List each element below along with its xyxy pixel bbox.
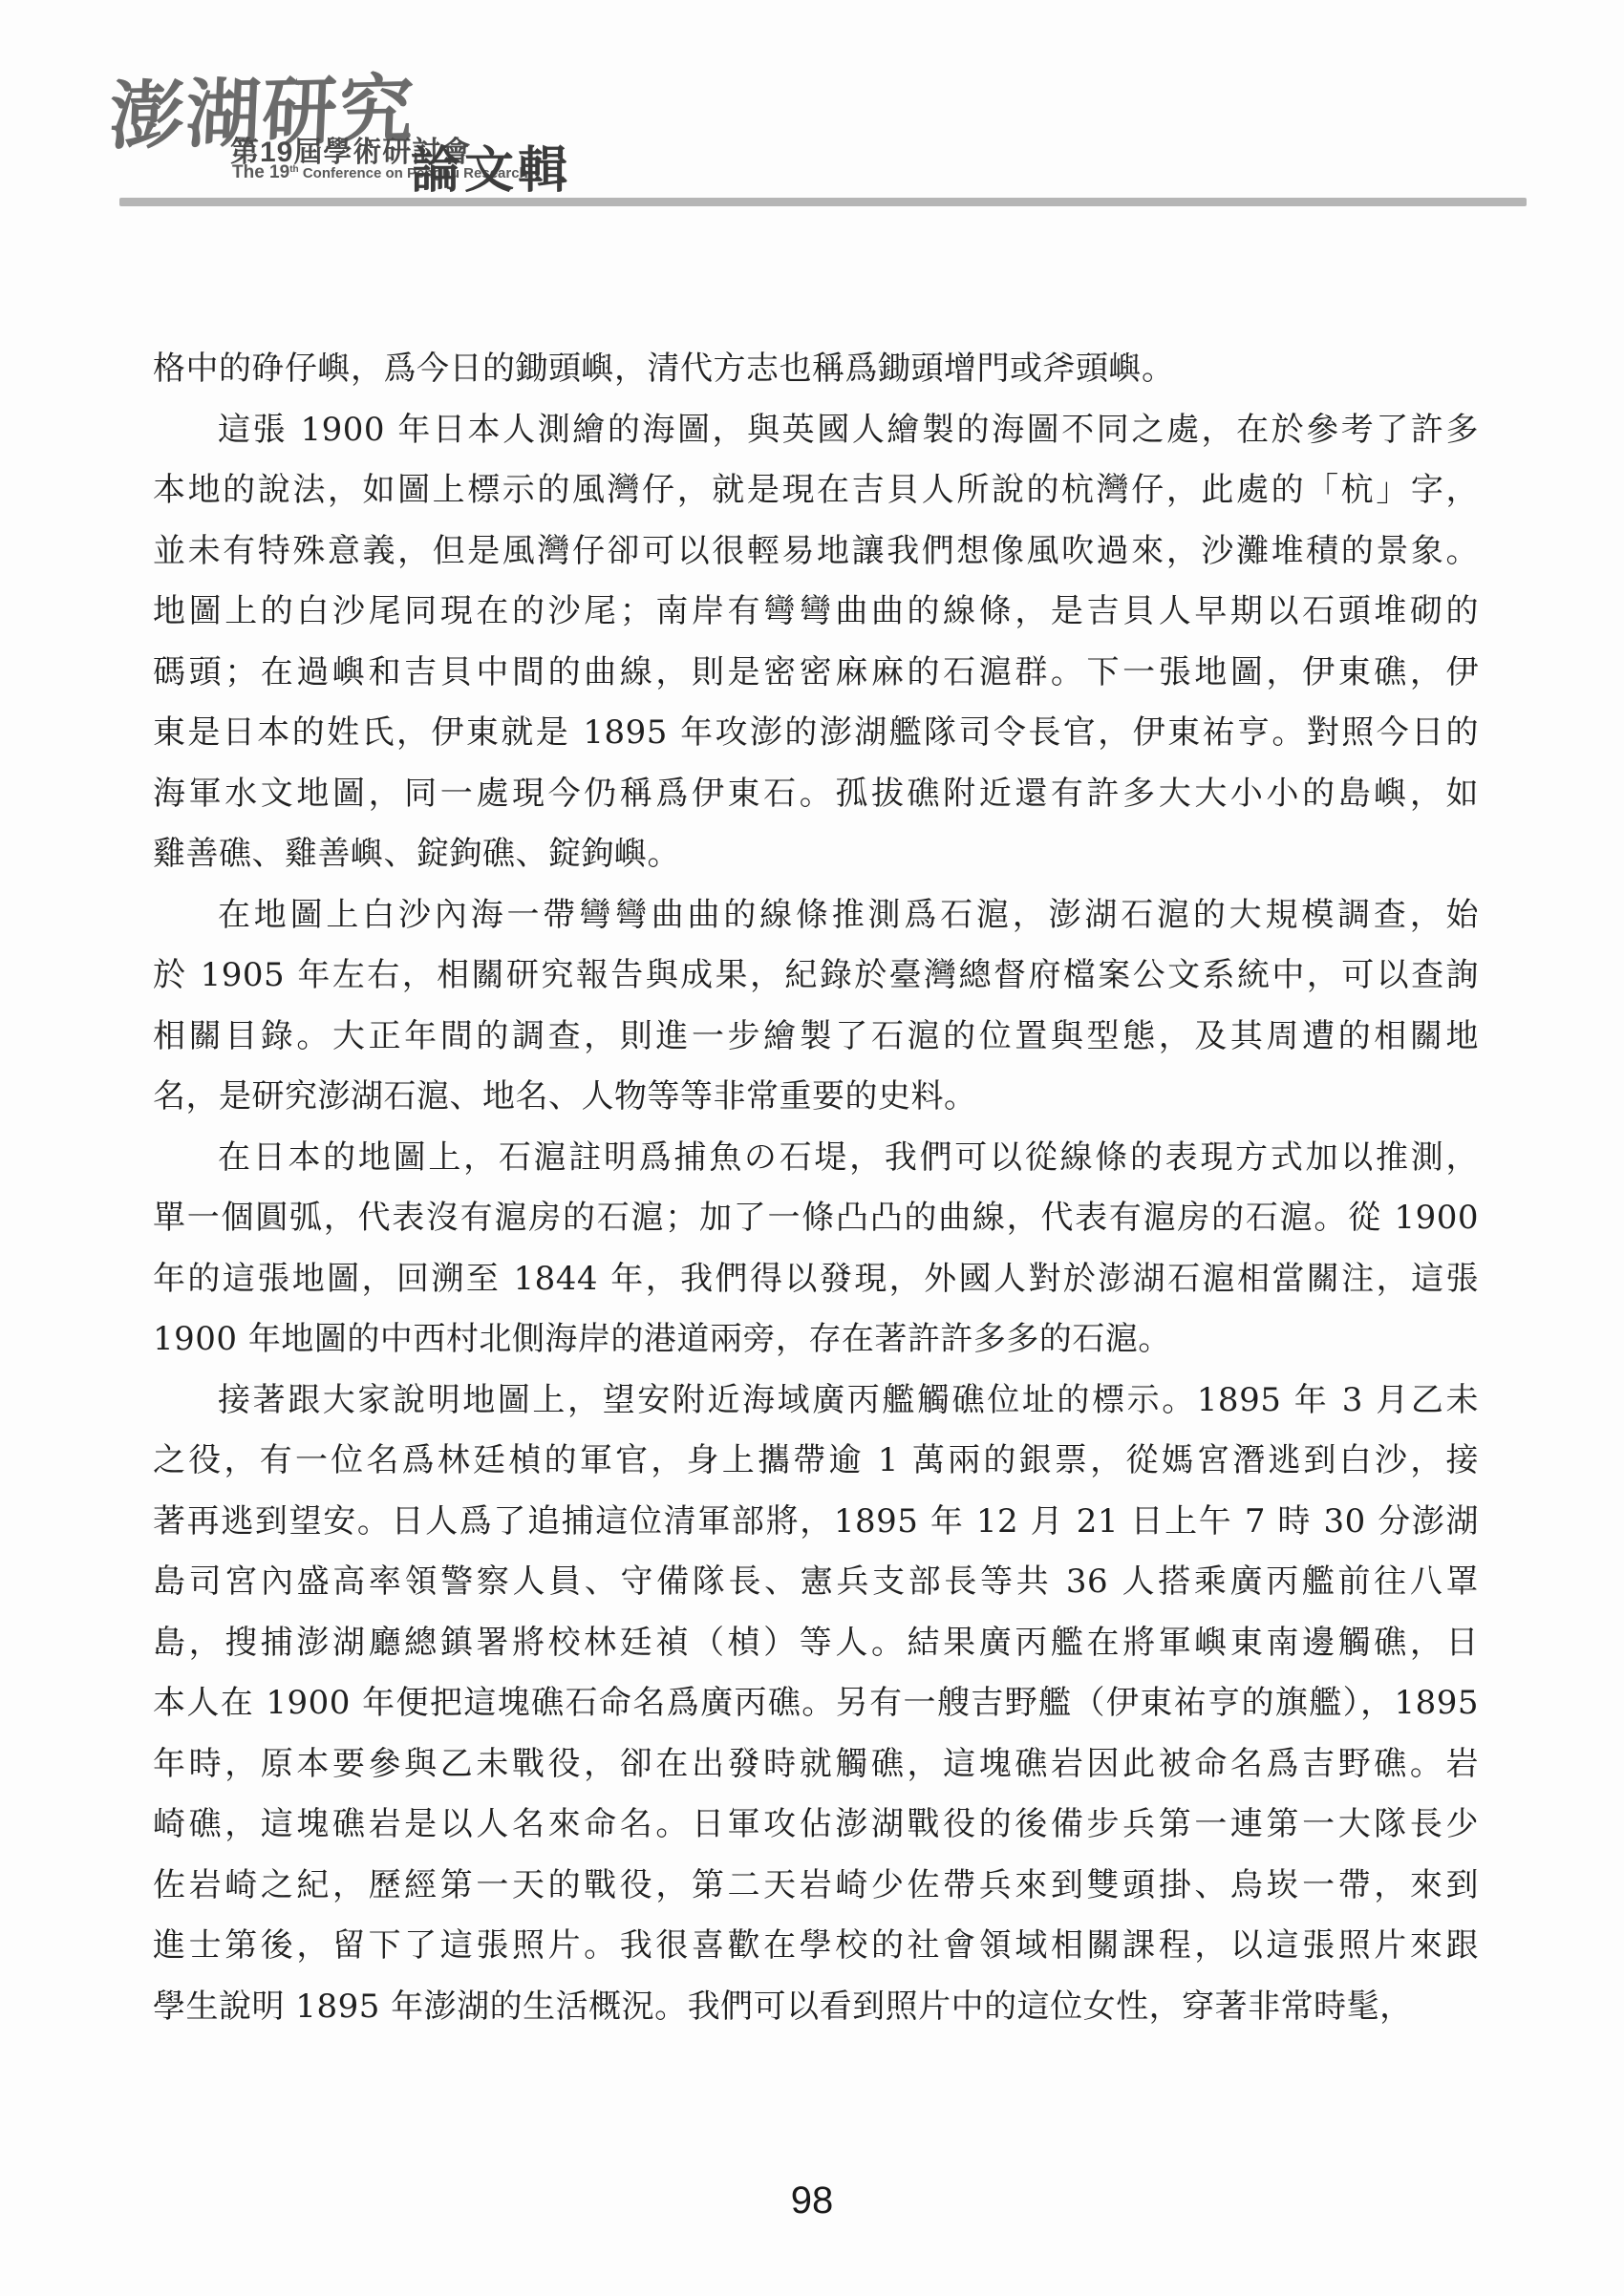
text-line: 崎礁，這塊礁岩是以人名來命名。日軍攻佔澎湖戰役的後備步兵第一連第一大隊長少 <box>153 1795 1479 1856</box>
text-line: 於 1905 年左右，相關研究報告與成果，紀錄於臺灣總督府檔案公文系統中，可以查… <box>153 946 1479 1007</box>
text-line: 這張 1900 年日本人測繪的海圖，與英國人繪製的海圖不同之處，在於參考了許多 <box>153 400 1479 461</box>
text-line: 單一個圓弧，代表沒有滬房的石滬；加了一條凸凸的曲線，代表有滬房的石滬。從 190… <box>153 1188 1479 1249</box>
text-line: 碼頭；在過嶼和吉貝中間的曲線，則是密密麻麻的石滬群。下一張地圖，伊東礁，伊 <box>153 643 1479 704</box>
text-line: 雞善礁、雞善嶼、錠鉤礁、錠鉤嶼。 <box>153 824 1479 885</box>
text-line: 在地圖上白沙內海一帶彎彎曲曲的線條推測爲石滬，澎湖石滬的大規模調查，始 <box>153 885 1479 946</box>
text-line: 格中的碀仔嶼，爲今日的鋤頭嶼，清代方志也稱爲鋤頭增門或斧頭嶼。 <box>153 339 1479 400</box>
text-line: 並未有特殊意義，但是風灣仔卻可以很輕易地讓我們想像風吹過來，沙灘堆積的景象。 <box>153 521 1479 583</box>
text-line: 本地的說法，如圖上標示的風灣仔，就是現在吉貝人所說的杭灣仔，此處的「杭」字， <box>153 460 1479 521</box>
text-line: 接著跟大家說明地圖上，望安附近海域廣丙艦觸礁位址的標示。1895 年 3 月乙未 <box>153 1371 1479 1432</box>
text-line: 海軍水文地圖，同一處現今仍稱爲伊東石。孤拔礁附近還有許多大大小小的島嶼，如 <box>153 764 1479 825</box>
text-line: 佐岩崎之紀，歷經第一天的戰役，第二天岩崎少佐帶兵來到雙頭掛、烏崁一帶，來到 <box>153 1856 1479 1917</box>
logo-subtitle-english-prefix: The 19 <box>232 162 289 182</box>
document-page: 澎湖研究 第19屆學術研討會 The 19th Conference on Pe… <box>0 0 1624 2296</box>
conference-logo: 澎湖研究 第19屆學術研討會 The 19th Conference on Pe… <box>100 46 673 199</box>
text-line: 進士第後，留下了這張照片。我很喜歡在學校的社會領域相關課程，以這張照片來跟 <box>153 1916 1479 1977</box>
page-number: 98 <box>0 2179 1624 2222</box>
text-line: 在日本的地圖上，石滬註明爲捕魚の石堤，我們可以從線條的表現方式加以推測， <box>153 1128 1479 1189</box>
text-line: 著再逃到望安。日人爲了追捕這位清軍部將，1895 年 12 月 21 日上午 7… <box>153 1492 1479 1553</box>
text-line: 年時，原本要參與乙未戰役，卻在出發時就觸礁，這塊礁岩因此被命名爲吉野礁。岩 <box>153 1734 1479 1796</box>
text-line: 年的這張地圖，回溯至 1844 年，我們得以發現，外國人對於澎湖石滬相當關注，這… <box>153 1249 1479 1310</box>
text-line: 本人在 1900 年便把這塊礁石命名爲廣丙礁。另有一艘吉野艦（伊東祐亨的旗艦），… <box>153 1673 1479 1734</box>
text-line: 之役，有一位名爲林廷楨的軍官，身上攜帶逾 1 萬兩的銀票，從媽宮潛逃到白沙，接 <box>153 1431 1479 1492</box>
text-line: 島司宮內盛高率領警察人員、守備隊長、憲兵支部長等共 36 人搭乘廣丙艦前往八罩 <box>153 1552 1479 1613</box>
text-line: 名，是研究澎湖石滬、地名、人物等等非常重要的史料。 <box>153 1067 1479 1128</box>
logo-series-title: 論文輯 <box>411 130 571 202</box>
text-line: 1900 年地圖的中西村北側海岸的港道兩旁，存在著許許多多的石滬。 <box>153 1309 1479 1371</box>
header-divider-bar <box>119 198 1527 206</box>
text-line: 東是日本的姓氏，伊東就是 1895 年攻澎的澎湖艦隊司令長官，伊東祐亨。對照今日… <box>153 703 1479 764</box>
text-line: 學生說明 1895 年澎湖的生活概況。我們可以看到照片中的這位女性，穿著非常時髦… <box>153 1977 1479 2038</box>
text-line: 島，搜捕澎湖廳總鎮署將校林廷禎（楨）等人。結果廣丙艦在將軍嶼東南邊觸礁，日 <box>153 1613 1479 1674</box>
text-line: 相關目錄。大正年間的調查，則進一步繪製了石滬的位置與型態，及其周遭的相關地 <box>153 1007 1479 1068</box>
body-text: 格中的碀仔嶼，爲今日的鋤頭嶼，清代方志也稱爲鋤頭增門或斧頭嶼。這張 1900 年… <box>153 339 1479 2037</box>
text-line: 地圖上的白沙尾同現在的沙尾；南岸有彎彎曲曲的線條，是吉貝人早期以石頭堆砌的 <box>153 582 1479 643</box>
logo-subtitle-english-ordinal: th <box>289 164 298 175</box>
